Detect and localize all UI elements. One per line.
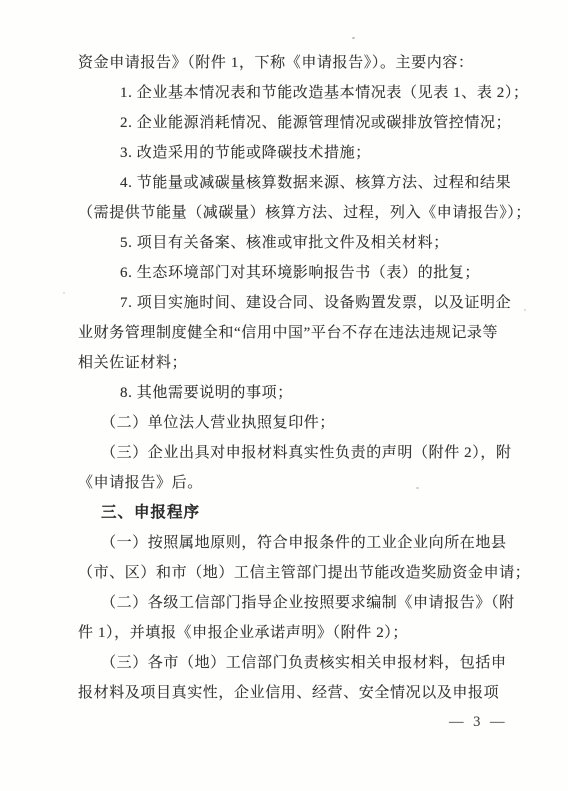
text-line: 3. 改造采用的节能或降碳技术措施； (78, 138, 523, 168)
text-line: 件 1），并填报《申报企业承诺声明》（附件 2）； (78, 618, 523, 648)
text-line: 8. 其他需要说明的事项； (78, 378, 523, 408)
text-line: （三）企业出具对申报材料真实性负责的声明（附件 2），附 (78, 438, 523, 468)
scan-speck (63, 292, 65, 294)
scan-speck (416, 487, 419, 489)
page-number: — 3 — (449, 714, 508, 731)
text-line: （市、区）和市（地）工信主管部门提出节能改造奖励资金申请； (78, 558, 523, 588)
text-line: 2. 企业能源消耗情况、能源管理情况或碳排放管控情况； (78, 108, 523, 138)
scan-speck (524, 309, 526, 311)
text-line: （需提供节能量（减碳量）核算方法、过程，列入《申请报告》）； (78, 198, 523, 228)
text-line: 相关佐证材料； (78, 348, 523, 378)
text-line: 业财务管理制度健全和“信用中国”平台不存在违法违规记录等 (78, 318, 523, 348)
text-line: （二）单位法人营业执照复印件； (78, 408, 523, 438)
text-line: 《申请报告》后。 (78, 468, 523, 498)
text-line: （二）各级工信部门指导企业按照要求编制《申请报告》（附 (78, 588, 523, 618)
scanned-document-page: 资金申请报告》（附件 1，下称《申请报告》）。主要内容：1. 企业基本情况表和节… (0, 0, 568, 791)
text-line: （一）按照属地原则，符合申报条件的工业企业向所在地县 (78, 528, 523, 558)
text-line: 7. 项目实施时间、建设合同、设备购置发票，以及证明企 (78, 288, 523, 318)
text-line: 报材料及项目真实性，企业信用、经营、安全情况以及申报项 (78, 678, 523, 708)
text-line: 5. 项目有关备案、核准或审批文件及相关材料； (78, 228, 523, 258)
text-line: 4. 节能量或减碳量核算数据来源、核算方法、过程和结果 (78, 168, 523, 198)
document-body: 资金申请报告》（附件 1，下称《申请报告》）。主要内容：1. 企业基本情况表和节… (78, 48, 523, 708)
text-line: 1. 企业基本情况表和节能改造基本情况表（见表 1、表 2）； (78, 78, 523, 108)
text-line: （三）各市（地）工信部门负责核实相关申报材料，包括申 (78, 648, 523, 678)
text-line: 资金申请报告》（附件 1，下称《申请报告》）。主要内容： (78, 48, 523, 78)
text-line: 6. 生态环境部门对其环境影响报告书（表）的批复； (78, 258, 523, 288)
section-heading: 三、申报程序 (78, 498, 523, 528)
scan-speck (352, 37, 355, 39)
